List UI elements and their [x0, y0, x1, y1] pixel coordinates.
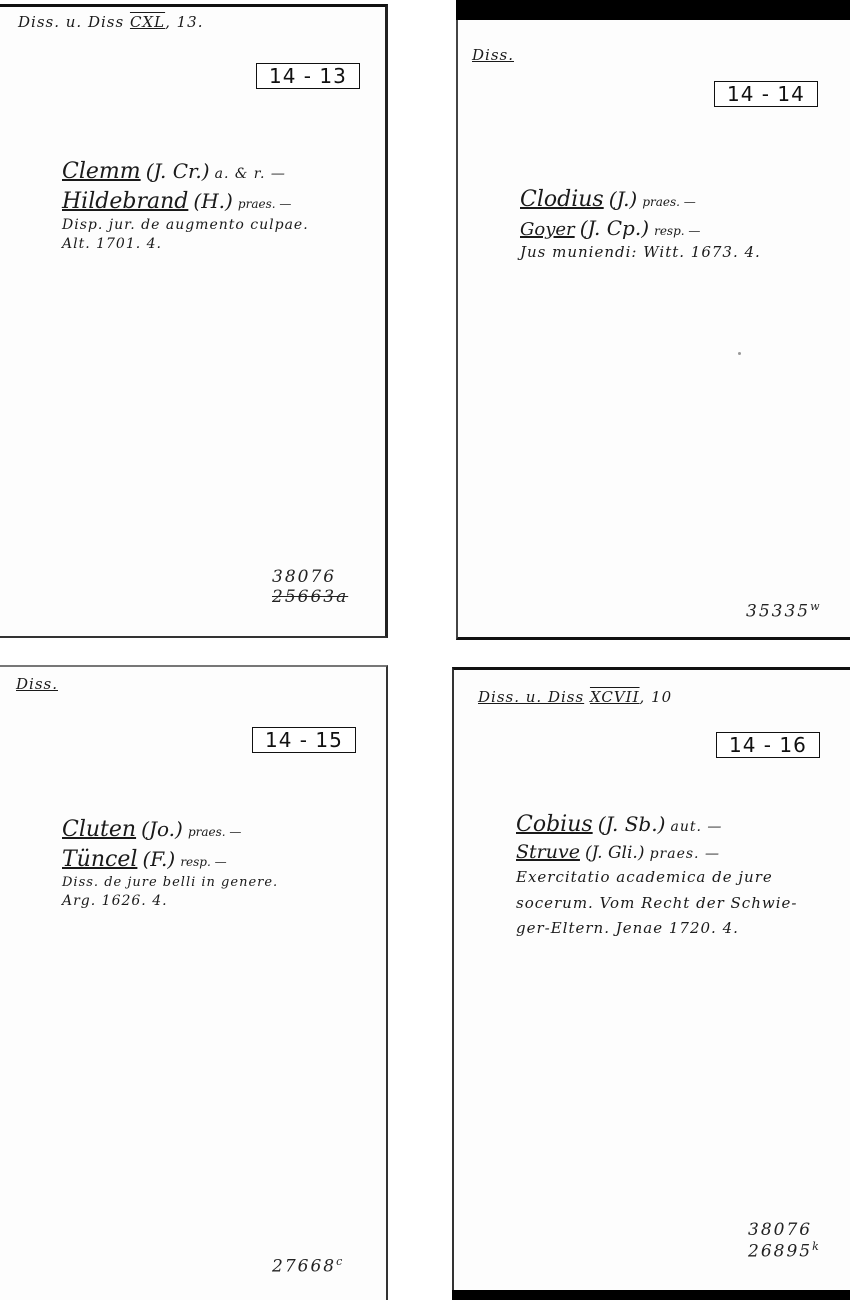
accession-numbers: 27668c — [272, 1255, 344, 1277]
accession-suffix: k — [812, 1240, 821, 1253]
author-role: aut. — — [671, 819, 723, 835]
accession-numbers: 38076 26895k — [748, 1220, 821, 1262]
card-entry: Clodius (J.) praes. — Goyer (J. Cp.) res… — [520, 185, 761, 262]
respondent-role: resp. — — [180, 855, 226, 869]
shelf-reference: Diss. u. Diss XCVII, 10 — [478, 688, 672, 706]
accession-number-2: 26895 — [748, 1242, 812, 1262]
call-number: 14 - 13 — [256, 63, 360, 89]
ref-suffix: , 13. — [165, 13, 203, 31]
praeses-name: Clodius — [520, 187, 604, 212]
imprint-line: Arg. 1626. 4. — [62, 892, 278, 911]
catalog-card-14-16: Diss. u. Diss XCVII, 10 14 - 16 Cobius (… — [452, 667, 850, 1290]
praeses-role: praes. — — [188, 825, 241, 839]
imprint-line: ger-Eltern. Jenae 1720. 4. — [516, 916, 797, 942]
shelf-reference: Diss. u. Diss CXL, 13. — [18, 13, 203, 31]
call-number: 14 - 16 — [716, 732, 820, 758]
praeses-initials: (Jo.) — [141, 817, 183, 841]
author-initials: (J. Sb.) — [598, 812, 666, 836]
title-line-2: socerum. Vom Recht der Schwie- — [516, 891, 797, 917]
respondent-role: resp. — — [654, 224, 700, 238]
catalog-card-14-13: Diss. u. Diss CXL, 13. 14 - 13 Clemm (J.… — [0, 4, 388, 638]
call-number: 14 - 15 — [252, 727, 356, 753]
accession-number: 38076 — [748, 1220, 821, 1240]
card-entry: Cluten (Jo.) praes. — Tüncel (F.) resp. … — [62, 815, 278, 911]
accession-number-cancelled: 25663a — [272, 587, 348, 607]
author-initials: (J. Cr.) — [146, 159, 210, 183]
accession-suffix: c — [336, 1255, 344, 1268]
praeses-role: praes. — — [650, 846, 720, 862]
shelf-reference: Diss. — [472, 46, 514, 64]
author-name: Cobius — [516, 812, 593, 837]
praeses-initials: (J. Gli.) — [585, 843, 644, 863]
praeses-role: praes. — — [238, 197, 291, 211]
respondent-initials: (J. Cp.) — [580, 216, 649, 240]
catalog-card-14-15: Diss. 14 - 15 Cluten (Jo.) praes. — Tünc… — [0, 665, 388, 1300]
praeses-name: Struve — [516, 841, 580, 863]
imprint-line: Alt. 1701. 4. — [62, 235, 309, 254]
title-line-1: Exercitatio academica de jure — [516, 865, 797, 891]
ref-volume: XCVII — [590, 688, 640, 706]
shelf-reference: Diss. — [16, 675, 58, 693]
accession-number: 38076 — [272, 567, 348, 587]
praeses-name: Hildebrand — [62, 189, 188, 214]
accession-suffix: w — [810, 600, 821, 613]
ref-prefix: Diss. — [472, 46, 514, 64]
accession-numbers: 38076 25663a — [272, 567, 348, 608]
author-role: a. & r. — — [215, 166, 286, 182]
ref-prefix: Diss. u. Diss — [478, 688, 584, 706]
card-entry: Cobius (J. Sb.) aut. — Struve (J. Gli.) … — [516, 810, 797, 942]
accession-numbers: 35335w — [746, 600, 822, 622]
author-name: Clemm — [62, 159, 141, 184]
accession-number: 35335 — [746, 602, 810, 622]
call-number: 14 - 14 — [714, 81, 818, 107]
title-line: Disp. jur. de augmento culpae. — [62, 216, 309, 235]
ref-prefix: Diss. — [16, 675, 58, 693]
respondent-initials: (F.) — [142, 847, 175, 871]
ref-suffix: , 10 — [640, 688, 673, 706]
title-line: Jus muniendi: Witt. 1673. 4. — [520, 242, 761, 262]
respondent-name: Goyer — [520, 219, 575, 240]
praeses-name: Cluten — [62, 817, 136, 842]
scan-edge-top — [456, 0, 850, 20]
praeses-role: praes. — — [642, 195, 695, 209]
ref-volume: CXL — [130, 13, 165, 31]
ref-prefix: Diss. u. Diss — [18, 13, 124, 31]
praeses-initials: (J.) — [609, 187, 637, 211]
respondent-name: Tüncel — [62, 847, 137, 872]
catalog-card-14-14: Diss. 14 - 14 Clodius (J.) praes. — Goye… — [456, 20, 850, 640]
accession-number: 27668 — [272, 1257, 336, 1277]
title-line: Diss. de jure belli in genere. — [62, 874, 278, 892]
praeses-initials: (H.) — [193, 189, 232, 213]
paper-speck — [738, 352, 741, 355]
card-entry: Clemm (J. Cr.) a. & r. — Hildebrand (H.)… — [62, 157, 309, 254]
